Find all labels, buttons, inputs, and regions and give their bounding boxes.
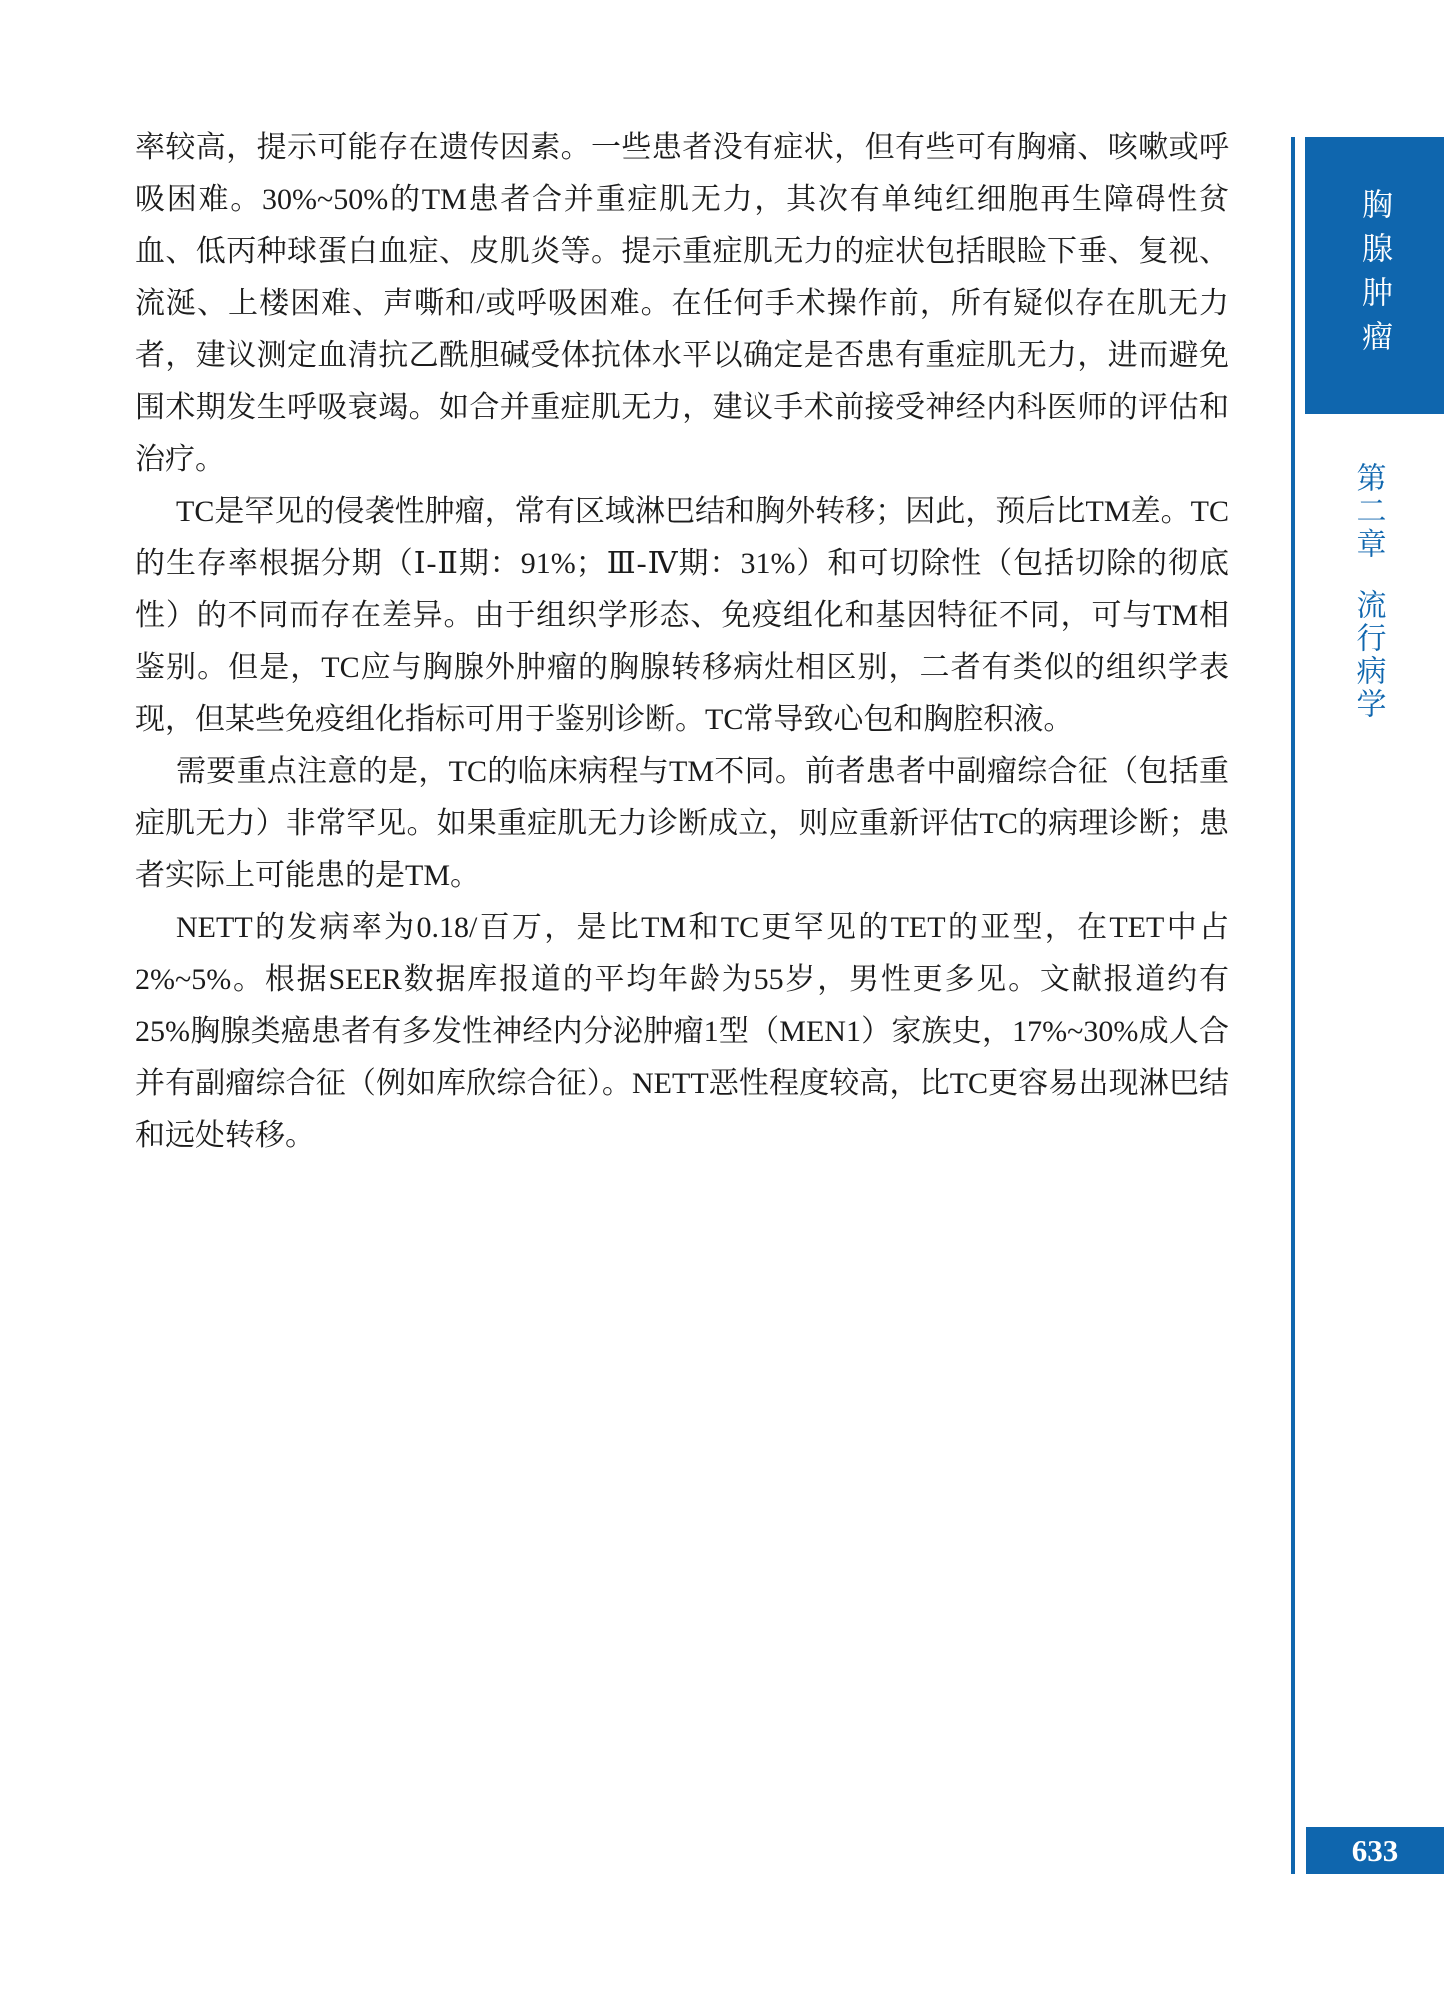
page-number: 633 bbox=[1352, 1833, 1399, 1869]
body-paragraph-4: NETT的发病率为0.18/百万，是比TM和TC更罕见的TET的亚型，在TET中… bbox=[135, 902, 1229, 1162]
chapter-tab: 胸腺肿瘤 bbox=[1305, 137, 1444, 414]
body-paragraph-2: TC是罕见的侵袭性肿瘤，常有区域淋巴结和胸外转移；因此，预后比TM差。TC的生存… bbox=[135, 486, 1229, 746]
chapter-section-label: 流行病学 bbox=[1346, 589, 1390, 721]
page-body-text: 率较高，提示可能存在遗传因素。一些患者没有症状，但有些可有胸痛、咳嗽或呼吸困难。… bbox=[135, 122, 1229, 1162]
body-paragraph-3: 需要重点注意的是，TC的临床病程与TM不同。前者患者中副瘤综合征（包括重症肌无力… bbox=[135, 746, 1229, 902]
sidebar-vertical-rule bbox=[1291, 137, 1295, 1874]
chapter-heading: 第二章 流行病学 bbox=[1298, 462, 1437, 721]
chapter-number-label: 第二章 bbox=[1346, 462, 1390, 561]
chapter-tab-label: 胸腺肿瘤 bbox=[1352, 188, 1397, 364]
body-paragraph-1: 率较高，提示可能存在遗传因素。一些患者没有症状，但有些可有胸痛、咳嗽或呼吸困难。… bbox=[135, 122, 1229, 486]
page-number-box: 633 bbox=[1306, 1827, 1444, 1874]
